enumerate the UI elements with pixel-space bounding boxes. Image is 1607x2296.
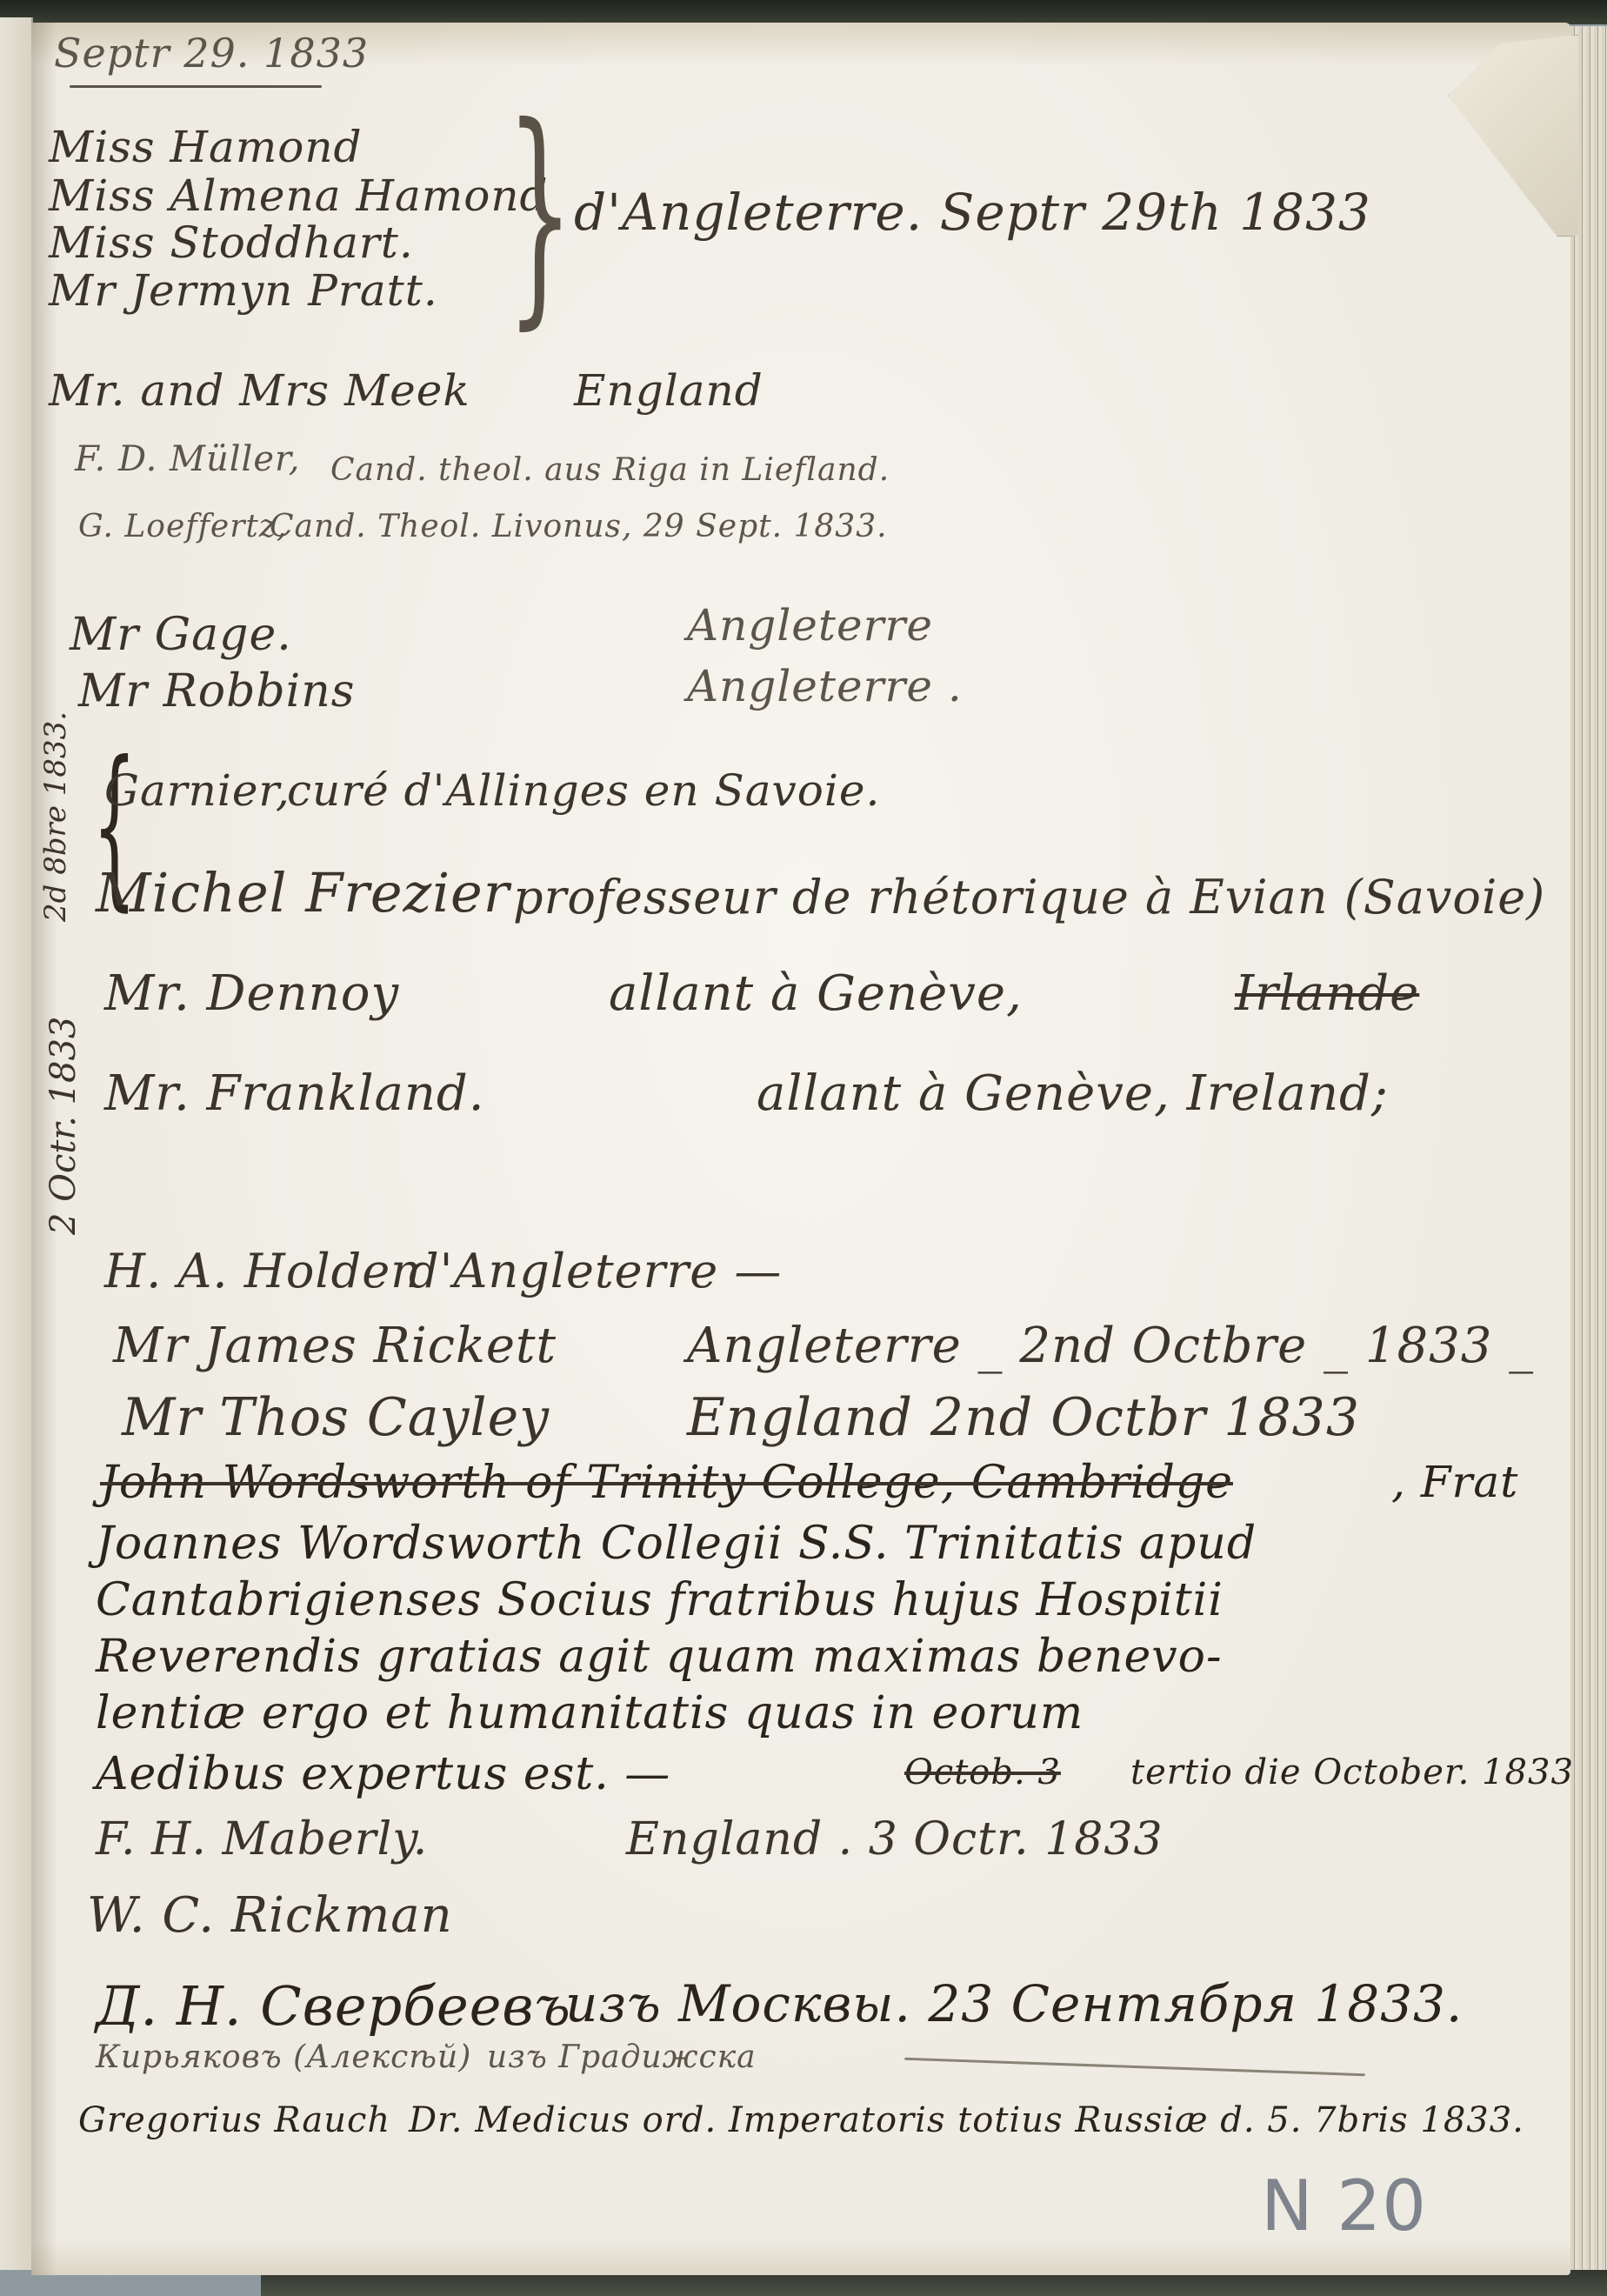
latin-date: tertio die October. 1833 (1130, 1752, 1574, 1792)
entry-origin: Cand. Theol. Livonus, 29 Sept. 1833. (270, 509, 888, 544)
entry-origin: England 2nd Octbr 1833 (687, 1387, 1360, 1448)
entry-origin: allant à Genève, (609, 965, 1023, 1022)
latin-line: Reverendis gratias agit quam maximas ben… (96, 1631, 1223, 1683)
entry-name: Garnier, (104, 765, 290, 816)
latin-line: Aedibus expertus est. — (96, 1748, 670, 1800)
struck-date: Octob. 3 (904, 1752, 1061, 1792)
entry-name: Mr. Frankland. (104, 1065, 485, 1122)
entry-origin: Angleterre _ 2nd Octbre _ 1833 _ (687, 1318, 1534, 1374)
struck-text: Irlande (1235, 965, 1419, 1022)
page-number: N 20 (1261, 2166, 1427, 2246)
entry-origin: изъ Москвы. 23 Сентября 1833. (565, 1974, 1463, 2033)
entry-name: F. D. Müller, (75, 439, 300, 479)
group-name-2: Miss Almena Hamond (49, 170, 549, 221)
margin-note-upper: 2d 8bre 1833. (38, 711, 73, 922)
entry-name: Mr Thos Cayley (122, 1387, 550, 1448)
margin-note-lower: 2 Octr. 1833 (43, 1017, 83, 1235)
entry-origin: allant à Genève, Ireland; (757, 1065, 1389, 1122)
entry-name: Mr Gage. (70, 609, 292, 661)
entry-origin: Cand. theol. aus Riga in Liefland. (330, 452, 890, 488)
entry-origin: curé d'Allinges en Savoie. (287, 765, 880, 816)
entry-origin: England . 3 Octr. 1833 (626, 1813, 1164, 1865)
grouping-brace: } (506, 96, 573, 330)
latin-line: , Frat (1391, 1457, 1518, 1507)
entry-name: Mr James Rickett (113, 1318, 557, 1374)
latin-line: Joannes Wordsworth Collegii S.S. Trinita… (96, 1518, 1257, 1570)
entry-name: F. H. Maberly. (96, 1813, 428, 1865)
latin-line: Cantabrigienses Socius fratribus hujus H… (96, 1574, 1224, 1626)
entry-origin: изъ Градижска (487, 2039, 757, 2075)
header-date: Septr 29. 1833 (54, 30, 369, 77)
entry-name: Gregorius Rauch (78, 2100, 390, 2140)
entry-name: Mr Robbins (78, 665, 355, 717)
book-binding-top (0, 0, 1607, 24)
group-name-1: Miss Hamond (49, 122, 363, 172)
entry-name: Кирьяковъ (Алексѣй) (96, 2039, 471, 2075)
group-name-3: Miss Stoddhart. (49, 217, 414, 268)
entry-name: H. A. Holden (104, 1244, 422, 1298)
entry-name: Michel Frezier (96, 861, 510, 924)
entry-name: Mr. and Mrs Meek (49, 365, 470, 416)
entry-origin: professeur de rhétorique à Evian (Savoie… (513, 870, 1545, 924)
entry-origin: Dr. Medicus ord. Imperatoris totius Russ… (409, 2100, 1524, 2140)
group-name-4: Mr Jermyn Pratt. (49, 265, 438, 316)
entry-name: G. Loeffertz, (78, 509, 287, 544)
entry-origin: d'Angleterre — (409, 1244, 782, 1298)
entry-name: W. C. Rickman (87, 1887, 453, 1944)
entry-name: Д. Н. Свербеевъ (96, 1974, 571, 2038)
header-date-underline (70, 85, 322, 88)
entry-origin: England (574, 365, 763, 416)
entry-origin: Angleterre . (687, 661, 963, 711)
entry-name: Mr. Dennoy (104, 965, 399, 1022)
struck-line: John Wordsworth of Trinity College, Camb… (100, 1457, 1233, 1509)
entry-origin: Angleterre (687, 600, 933, 651)
facing-page-edge (0, 17, 33, 2270)
page-stack-edges (1570, 26, 1607, 2270)
group-origin-date: d'Angleterre. Septr 29th 1833 (574, 183, 1371, 242)
latin-line: lentiæ ergo et humanitatis quas in eorum (96, 1687, 1084, 1739)
